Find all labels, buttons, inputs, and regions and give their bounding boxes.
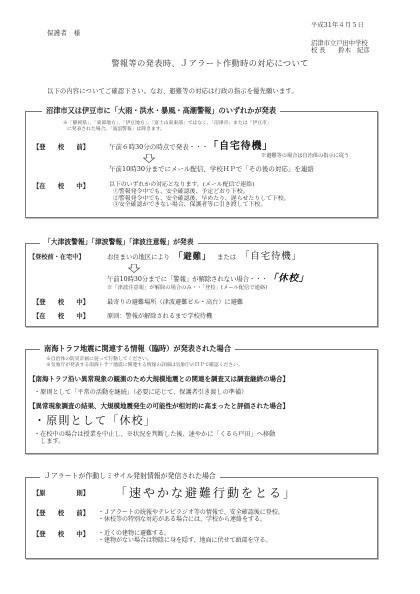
- label-at-school: 【在 校 中】: [33, 313, 89, 321]
- intro-text: 以下の内容についてご確認下さい。なお、避難等の対応は行政の指示を優先願います。: [47, 88, 298, 96]
- label-before-school: 【登 校 前】: [33, 144, 89, 152]
- tsunami-home-line: お住まいの地区により 「避難」 または 「自宅待機」: [107, 251, 302, 263]
- section-heading: 「大津波警報」「津波警報」「津波注意報」が発表: [40, 239, 198, 246]
- before-school-instructions: ・Ｊアラートの続報やテレビラジオ等の情報で、安全確認後に登校。 ・休校等の特別な…: [98, 509, 284, 523]
- school-closed-emphasis: ・原則として「休校」: [34, 414, 156, 428]
- commuting-instruction: 最寄りの避難場所（津波避難ビル・高台）に避難: [107, 299, 243, 307]
- stay-home-emphasis: 「自宅待機」: [240, 251, 302, 263]
- label-at-school: 【在 校 中】: [33, 183, 89, 191]
- at-school-instruction: 原則：警報が解除されるまで学校待機: [107, 313, 212, 321]
- before-school-note: ※避難等の場合は自治体の指示に従う: [261, 153, 349, 160]
- before-school-followup: 午前10時30分までにメール配信、学校ＨＰで「その後の対応」を連絡: [109, 165, 314, 173]
- section-nankai-trough: 南海トラフ地震に関連する情報（臨時）が発表された場合 ※自治体の防災計画に従って…: [25, 349, 378, 454]
- section-note: ※自治体の防災計画に従って行動してください。 ※気象庁が発表する南海トラフ地震に…: [46, 357, 243, 369]
- section-storm-warning: 沼津市又は伊豆市に「大雨・洪水・暴風・高潮警報」のいずれかが発表 ※「静岡県」、…: [25, 111, 378, 218]
- document-title: 警報等の発表時、Ｊアラート作動時の対応について: [0, 58, 420, 68]
- section-tsunami-warning: 「大津波警報」「津波警報」「津波注意報」が発表 【登校前・在宅中】 お住まいの地…: [25, 243, 378, 327]
- school-closed-emphasis: 「休校」: [268, 273, 309, 285]
- recipient: 保護者 様: [47, 29, 80, 37]
- section-j-alert: Ｊアラートが作動しミサイル発射情報が発信された場合 【原 則】 「速やかな避難行…: [25, 477, 378, 559]
- evacuate-emphasis: 「避難」: [174, 252, 211, 263]
- section-heading: 南海トラフ地震に関連する情報（臨時）が発表された場合: [40, 345, 235, 352]
- tsunami-closure-line: 午前10時30分までに「警報」が解除されない場合・・・ 「休校」: [107, 273, 309, 285]
- section-heading: 沼津市又は伊豆市に「大雨・洪水・暴風・高潮警報」のいずれかが発表: [42, 107, 280, 114]
- stay-home-emphasis: 「自宅待機」: [208, 141, 273, 154]
- label-commuting: 【登 校 中】: [33, 531, 89, 539]
- investigation-instruction: ・原則として「平常の活動を継続」（必要に応じて、保護者引き渡しの準備）: [34, 389, 247, 397]
- label-principle: 【原 則】: [33, 490, 89, 498]
- label-before-or-home: 【登校前・在宅中】: [29, 254, 85, 262]
- section-note: ※「静岡県」、「東部地方」、「伊豆地方」、「富士山南東部」ではなく、「沼津市」ま…: [63, 121, 272, 133]
- commuting-instructions: ・近くの建物に避難する。 ・建物がない場合は物陰に身を隠す、地面に伏せて頭部を守…: [98, 530, 272, 544]
- down-arrow-icon: [143, 154, 155, 163]
- before-school-line: 午前６時30分の時点で発表・・・ 「自宅待機」: [109, 141, 273, 154]
- down-arrow-icon: [128, 264, 140, 273]
- evacuation-instruction: ・在校中の場合は授業を中止し、※状況を判断した後、速やかに「くるら戸田」へ移動 …: [34, 431, 275, 445]
- sender-block: 沼津市立戸田中学校 校 長 鈴木 紀彦: [311, 40, 370, 54]
- at-school-options: 以下のいずれかの対応となります。(メール配信で連絡) ①警報発令中でも、安全確認…: [109, 182, 290, 209]
- evacuate-quickly-emphasis: 「速やかな避難行動をとる」: [115, 486, 297, 501]
- label-commuting: 【登 校 中】: [33, 299, 89, 307]
- issue-date: 平成31年４月５日: [311, 22, 364, 30]
- subheading-investigation: 【南海トラフ沿い異常現象の観測のため大規模地震との関連を調査又は調査継続の場合】: [29, 375, 289, 383]
- section-heading: Ｊアラートが作動しミサイル発射情報が発信された場合: [40, 473, 220, 480]
- subheading-high-probability: 【異常現象調査の結果、大規模地震発生の可能性が相対的に高まったと評価された場合】: [29, 402, 289, 410]
- tsunami-advisory-note: ※「津波注意報」が解除の場合のみ・・「登校」(メール配信で連絡): [107, 285, 267, 292]
- label-before-school: 【登 校 前】: [33, 510, 89, 518]
- principal-name: 校 長 鈴木 紀彦: [311, 47, 370, 54]
